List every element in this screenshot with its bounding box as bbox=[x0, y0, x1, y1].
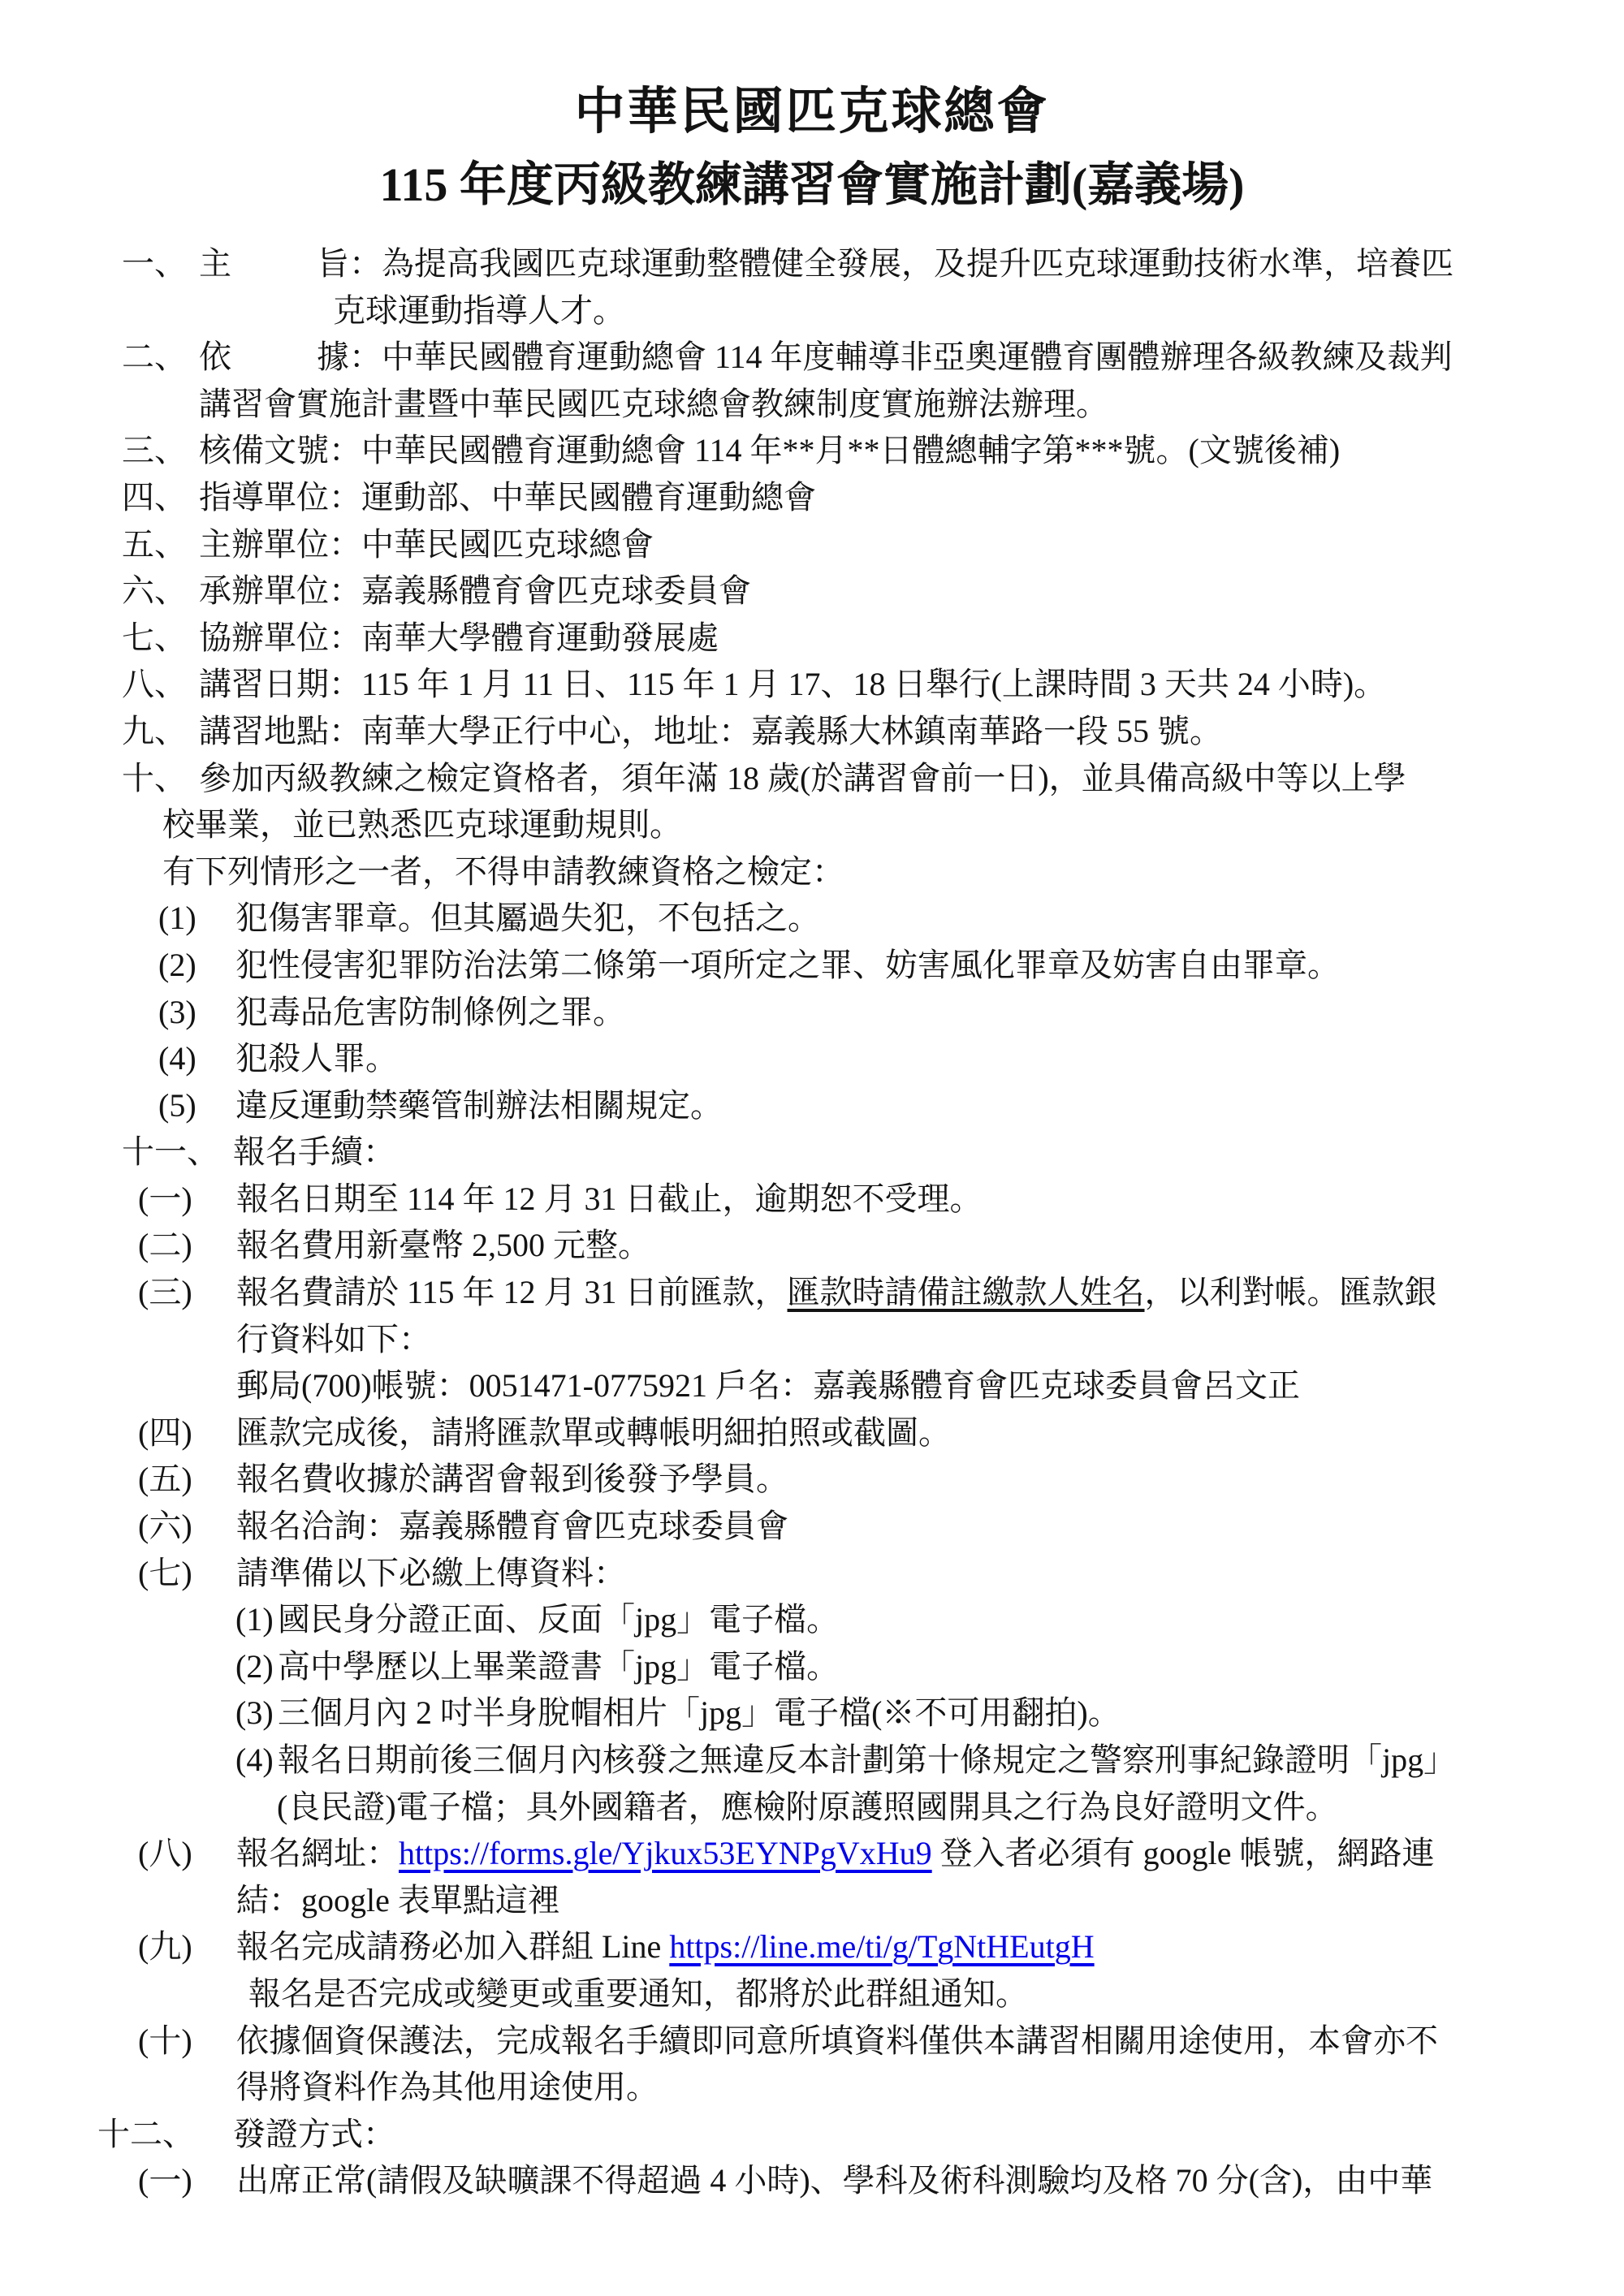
document-header: 中華民國匹克球總會 115 年度丙級教練講習會實施計劃(嘉義場) bbox=[0, 0, 1624, 221]
item-marker: 五、 bbox=[122, 521, 199, 568]
item-text: 講習會實施計畫暨中華民國匹克球總會教練制度實施辦法辦理。 bbox=[199, 386, 1108, 422]
item-marker: 十二、 bbox=[97, 2111, 233, 2158]
reg-payment: (三)報名費請於 115 年 12 月 31 日前匯款，匯款時請備註繳款人姓名，… bbox=[138, 1269, 1624, 1316]
item-marker: 四、 bbox=[122, 474, 199, 521]
upload-doc-2-diploma: (2)高中學歷以上畢業證書「jpg」電子檔。 bbox=[235, 1643, 1624, 1690]
doc-title: 中華民國匹克球總會 bbox=[0, 75, 1624, 149]
disqualification-5: (5)違反運動禁藥管制辦法相關規定。 bbox=[158, 1082, 1624, 1129]
item-marker: 九、 bbox=[122, 708, 199, 755]
item-label: 主 bbox=[199, 245, 231, 282]
item-text-after: ，以利對帳。匯款銀 bbox=[1145, 1274, 1437, 1310]
reg-upload-docs: (七)請準備以下必繳上傳資料： bbox=[138, 1550, 1624, 1597]
item-text: 報名網址： bbox=[236, 1835, 399, 1871]
item-marker: (五) bbox=[138, 1456, 236, 1503]
item-3-approval-doc: 三、核備文號：中華民國體育運動總會 114 年**月**日體總輔字第***號。(… bbox=[122, 427, 1624, 474]
item-text: 有下列情形之一者，不得申請教練資格之檢定： bbox=[162, 853, 844, 890]
item-text: 匯款完成後，請將匯款單或轉帳明細拍照或截圖。 bbox=[236, 1414, 951, 1451]
disqualification-3: (3)犯毒品危害防制條例之罪。 bbox=[158, 989, 1624, 1036]
item-text: 協辦單位：南華大學體育運動發展處 bbox=[199, 619, 719, 656]
item-marker: (2) bbox=[235, 1643, 278, 1690]
item-marker: (一) bbox=[138, 1176, 236, 1223]
item-marker: (八) bbox=[138, 1830, 236, 1877]
item-marker: (一) bbox=[138, 2157, 236, 2204]
reg-contact: (六)報名洽詢：嘉義縣體育會匹克球委員會 bbox=[138, 1503, 1624, 1550]
payment-note-underlined: 匯款時請備註繳款人姓名 bbox=[788, 1274, 1145, 1310]
disqualification-2: (2)犯性侵害犯罪防治法第二條第一項所定之罪、妨害風化罪章及妨害自由罪章。 bbox=[158, 942, 1624, 989]
item-text: 行資料如下： bbox=[236, 1321, 431, 1357]
item-marker: (2) bbox=[158, 942, 235, 989]
item-2-basis: 二、依據：中華民國體育運動總會 114 年度輔導非亞奧運體育團體辦理各級教練及裁… bbox=[122, 334, 1624, 381]
line-group-link[interactable]: https://line.me/ti/g/TgNtHEutgH bbox=[669, 1928, 1094, 1965]
item-marker: (七) bbox=[138, 1550, 236, 1597]
item-text: 高中學歷以上畢業證書「jpg」電子檔。 bbox=[278, 1648, 839, 1685]
item-text: 主辦單位：中華民國匹克球總會 bbox=[199, 526, 654, 563]
reg-payment-cont: 行資料如下： bbox=[236, 1316, 1624, 1363]
upload-doc-1-id-card: (1)國民身分證正面、反面「jpg」電子檔。 bbox=[235, 1596, 1624, 1643]
item-text: 承辦單位：嘉義縣體育會匹克球委員會 bbox=[199, 572, 751, 609]
reg-fee: (二)報名費用新臺幣 2,500 元整。 bbox=[138, 1222, 1624, 1269]
item-marker: (3) bbox=[158, 989, 235, 1036]
item-text: 違反運動禁藥管制辦法相關規定。 bbox=[235, 1087, 723, 1124]
item-marker: (1) bbox=[158, 895, 235, 942]
item-text: 報名是否完成或變更或重要通知，都將於此群組通知。 bbox=[248, 1975, 1028, 2012]
item-12-certification: 十二、發證方式： bbox=[97, 2111, 1624, 2158]
disqualification-4: (4)犯殺人罪。 bbox=[158, 1035, 1624, 1082]
item-7-co-organizer: 七、協辦單位：南華大學體育運動發展處 bbox=[122, 615, 1624, 662]
item-6-undertaker: 六、承辦單位：嘉義縣體育會匹克球委員會 bbox=[122, 568, 1624, 615]
reg-deadline: (一)報名日期至 114 年 12 月 31 日截止，逾期恕不受理。 bbox=[138, 1176, 1624, 1223]
upload-doc-4-cont: (良民證)電子檔；具外國籍者，應檢附原護照國開具之行為良好證明文件。 bbox=[277, 1784, 1624, 1831]
item-text: 校畢業，並已熟悉匹克球運動規則。 bbox=[162, 806, 682, 843]
bank-account-info: 郵局(700)帳號：0051471-0775921 戶名：嘉義縣體育會匹克球委員… bbox=[236, 1362, 1624, 1409]
item-marker: (六) bbox=[138, 1503, 236, 1550]
document-body: 一、主旨：為提高我國匹克球運動整體健全發展，及提升匹克球運動技術水準，培養匹 克… bbox=[0, 240, 1624, 2204]
upload-doc-3-photo: (3)三個月內 2 吋半身脫帽相片「jpg」電子檔(※不可用翻拍)。 bbox=[235, 1690, 1624, 1737]
reg-payment-proof: (四)匯款完成後，請將匯款單或轉帳明細拍照或截圖。 bbox=[138, 1409, 1624, 1457]
upload-doc-4-police-record: (4)報名日期前後三個月內核發之無違反本計劃第十條規定之警察刑事紀錄證明「jpg… bbox=[235, 1737, 1624, 1784]
reg-url: (八)報名網址：https://forms.gle/Yjkux53EYNPgVx… bbox=[138, 1830, 1624, 1877]
item-marker: 七、 bbox=[122, 615, 199, 662]
item-text: 報名洽詢：嘉義縣體育會匹克球委員會 bbox=[236, 1508, 788, 1544]
item-text: 講習日期：115 年 1 月 11 日、115 年 1 月 17、18 日舉行(… bbox=[199, 666, 1386, 702]
item-text: 結：google 表單點這裡 bbox=[236, 1882, 560, 1918]
item-marker: 一、 bbox=[122, 240, 199, 287]
item-text: 克球運動指導人才。 bbox=[333, 292, 625, 329]
item-text: (良民證)電子檔；具外國籍者，應檢附原護照國開具之行為良好證明文件。 bbox=[277, 1789, 1338, 1825]
disqualification-1: (1)犯傷害罪章。但其屬過失犯，不包括之。 bbox=[158, 895, 1624, 942]
item-text: 得將資料作為其他用途使用。 bbox=[236, 2069, 659, 2105]
item-text: 報名費收據於講習會報到後發予學員。 bbox=[236, 1461, 788, 1497]
item-marker: (二) bbox=[138, 1222, 236, 1269]
item-text: 犯性侵害犯罪防治法第二條第一項所定之罪、妨害風化罪章及妨害自由罪章。 bbox=[235, 947, 1340, 983]
item-10-eligibility: 十、參加丙級教練之檢定資格者，須年滿 18 歲(於講習會前一日)，並具備高級中等… bbox=[122, 755, 1624, 802]
item-1-purpose-cont: 克球運動指導人才。 bbox=[333, 287, 1624, 334]
item-8-seminar-dates: 八、講習日期：115 年 1 月 11 日、115 年 1 月 17、18 日舉… bbox=[122, 661, 1624, 708]
item-2-basis-cont: 講習會實施計畫暨中華民國匹克球總會教練制度實施辦法辦理。 bbox=[199, 381, 1624, 428]
item-11-registration: 十一、報名手續： bbox=[122, 1129, 1624, 1176]
item-marker: 六、 bbox=[122, 568, 199, 615]
item-marker: (四) bbox=[138, 1409, 236, 1457]
item-text: 依據個資保護法，完成報名手續即同意所填資料僅供本講習相關用途使用，本會亦不 bbox=[236, 2022, 1438, 2059]
item-marker: 二、 bbox=[122, 334, 199, 381]
item-text: 犯毒品危害防制條例之罪。 bbox=[235, 994, 625, 1030]
item-10-disqualification-intro: 有下列情形之一者，不得申請教練資格之檢定： bbox=[162, 848, 1624, 896]
item-marker: (三) bbox=[138, 1269, 236, 1316]
reg-url-cont: 結：google 表單點這裡 bbox=[236, 1877, 1624, 1924]
item-text: 報名完成請務必加入群組 Line bbox=[236, 1928, 669, 1965]
item-marker: (十) bbox=[138, 2018, 236, 2065]
item-text: 請準備以下必繳上傳資料： bbox=[236, 1555, 626, 1591]
item-text: 講習地點：南華大學正行中心，地址：嘉義縣大林鎮南華路一段 55 號。 bbox=[199, 713, 1222, 749]
item-text: 核備文號：中華民國體育運動總會 114 年**月**日體總輔字第***號。(文號… bbox=[199, 432, 1340, 468]
item-text: 報名費用新臺幣 2,500 元整。 bbox=[236, 1227, 650, 1263]
item-10-eligibility-cont: 校畢業，並已熟悉匹克球運動規則。 bbox=[162, 801, 1624, 848]
item-5-organizer: 五、主辦單位：中華民國匹克球總會 bbox=[122, 521, 1624, 568]
item-text: 據：中華民國體育運動總會 114 年度輔導非亞奧運體育團體辦理各級教練及裁判 bbox=[317, 339, 1453, 375]
item-marker: 三、 bbox=[122, 427, 199, 474]
reg-receipt: (五)報名費收據於講習會報到後發予學員。 bbox=[138, 1456, 1624, 1503]
document-page: 中華民國匹克球總會 115 年度丙級教練講習會實施計劃(嘉義場) 一、主旨：為提… bbox=[0, 0, 1624, 2296]
doc-subtitle: 115 年度丙級教練講習會實施計劃(嘉義場) bbox=[0, 149, 1624, 221]
item-text: 指導單位：運動部、中華民國體育運動總會 bbox=[199, 479, 816, 516]
item-marker: (3) bbox=[235, 1690, 278, 1737]
item-marker: (4) bbox=[235, 1737, 278, 1784]
item-text: 犯殺人罪。 bbox=[235, 1040, 398, 1077]
item-marker: 十一、 bbox=[122, 1129, 233, 1176]
item-text: 參加丙級教練之檢定資格者，須年滿 18 歲(於講習會前一日)，並具備高級中等以上… bbox=[199, 760, 1406, 796]
privacy-notice-cont: 得將資料作為其他用途使用。 bbox=[236, 2064, 1624, 2111]
line-group: (九)報名完成請務必加入群組 Line https://line.me/ti/g… bbox=[138, 1923, 1624, 1970]
item-text: 出席正常(請假及缺曠課不得超過 4 小時)、學科及術科測驗均及格 70 分(含)… bbox=[236, 2162, 1432, 2199]
item-9-seminar-venue: 九、講習地點：南華大學正行中心，地址：嘉義縣大林鎮南華路一段 55 號。 bbox=[122, 708, 1624, 755]
item-text: 犯傷害罪章。但其屬過失犯，不包括之。 bbox=[235, 900, 820, 936]
item-marker: 八、 bbox=[122, 661, 199, 708]
google-form-link[interactable]: https://forms.gle/Yjkux53EYNPgVxHu9 bbox=[399, 1835, 932, 1871]
item-text: 報名日期前後三個月內核發之無違反本計劃第十條規定之警察刑事紀錄證明「jpg」 bbox=[278, 1741, 1456, 1778]
item-marker: (5) bbox=[158, 1082, 235, 1129]
item-text: 郵局(700)帳號：0051471-0775921 戶名：嘉義縣體育會匹克球委員… bbox=[236, 1367, 1300, 1404]
cert-requirement: (一)出席正常(請假及缺曠課不得超過 4 小時)、學科及術科測驗均及格 70 分… bbox=[138, 2157, 1624, 2204]
item-text: 三個月內 2 吋半身脫帽相片「jpg」電子檔(※不可用翻拍)。 bbox=[278, 1694, 1121, 1731]
item-text: 報名日期至 114 年 12 月 31 日截止，逾期恕不受理。 bbox=[236, 1180, 983, 1217]
item-text: 旨：為提高我國匹克球運動整體健全發展，及提升匹克球運動技術水準，培養匹 bbox=[317, 245, 1453, 282]
item-text: 報名手續： bbox=[233, 1133, 395, 1170]
line-group-cont: 報名是否完成或變更或重要通知，都將於此群組通知。 bbox=[248, 1970, 1624, 2018]
privacy-notice: (十)依據個資保護法，完成報名手續即同意所填資料僅供本講習相關用途使用，本會亦不 bbox=[138, 2018, 1624, 2065]
item-marker: (4) bbox=[158, 1035, 235, 1082]
item-text: 發證方式： bbox=[233, 2116, 395, 2152]
item-label: 依 bbox=[199, 339, 231, 375]
item-text: 報名費請於 115 年 12 月 31 日前匯款， bbox=[236, 1274, 788, 1310]
item-text-after: 登入者必須有 google 帳號，網路連 bbox=[932, 1835, 1435, 1871]
item-4-supervising-unit: 四、指導單位：運動部、中華民國體育運動總會 bbox=[122, 474, 1624, 521]
item-marker: (1) bbox=[235, 1596, 278, 1643]
item-1-purpose: 一、主旨：為提高我國匹克球運動整體健全發展，及提升匹克球運動技術水準，培養匹 bbox=[122, 240, 1624, 287]
item-text: 國民身分證正面、反面「jpg」電子檔。 bbox=[278, 1601, 839, 1638]
item-marker: 十、 bbox=[122, 755, 199, 802]
item-marker: (九) bbox=[138, 1923, 236, 1970]
